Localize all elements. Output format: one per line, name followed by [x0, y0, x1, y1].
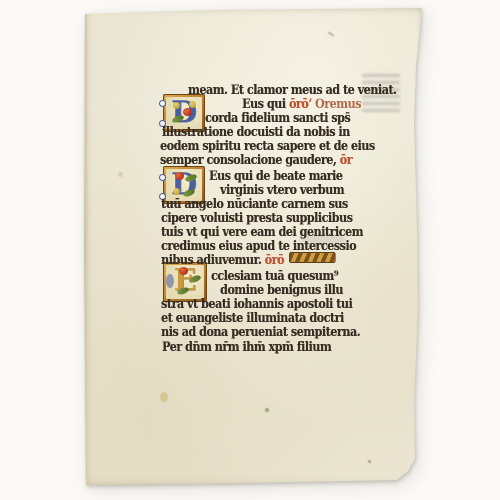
pen-flourish-icon: [159, 100, 166, 107]
manuscript-leaf-wrapper: D D E: [83, 8, 424, 488]
pen-flourish-icon: [159, 174, 166, 181]
vellum-stain: [160, 392, 168, 402]
gold-line-filler-icon: [289, 252, 336, 263]
vellum-fleck: [265, 408, 269, 412]
line-text: nibus adiuvemur.: [161, 252, 265, 267]
vellum-spot: [118, 172, 123, 177]
flower-ornament-icon: [173, 102, 180, 109]
berry-ornament-icon: [175, 172, 184, 180]
text-line: semper consolacione gaudere, ōr: [160, 152, 352, 167]
line-text: nis ad dona perueniat sempiterna.: [161, 324, 360, 339]
text-line: Per dn̄m nr̄m ihm̄ xpm̄ filium: [162, 339, 331, 354]
flower-ornament-icon: [189, 101, 196, 108]
photo-background: { "photo": { "description": "Illuminated…: [0, 0, 500, 500]
rubric-text: ōrō: [265, 252, 284, 267]
text-line: nibus adiuvemur. ōrō: [161, 252, 335, 267]
flower-ornament-icon: [183, 108, 192, 116]
line-text: semper consolacione gaudere,: [160, 152, 340, 167]
leaf-turned-edge: [85, 12, 88, 484]
vellum-fleck: [368, 460, 371, 463]
flower-ornament-icon: [179, 267, 188, 275]
line-text: Per dn̄m nr̄m ihm̄ xpm̄ filium: [162, 339, 331, 354]
vellum-scratch: [327, 31, 335, 37]
text-line: nis ad dona perueniat sempiterna.: [161, 324, 360, 339]
rubric-text: ōr: [340, 152, 352, 167]
flower-ornament-icon: [173, 188, 180, 195]
manuscript-leaf: D D E: [83, 8, 424, 488]
